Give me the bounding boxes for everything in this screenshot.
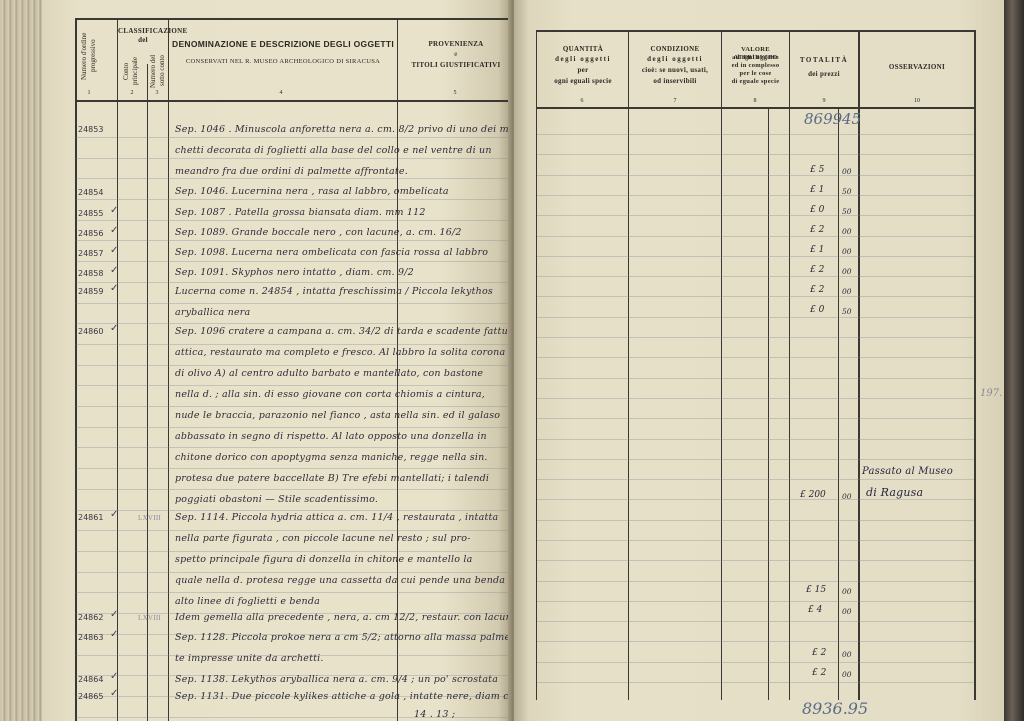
- header-col8-line3: ed in complesso: [722, 62, 789, 70]
- entry-text: Idem gemella alla precedente , nera, a. …: [175, 612, 518, 623]
- entry-number: 24858: [78, 269, 103, 278]
- entry-number: 24863: [78, 633, 103, 642]
- header-col4-subtitle: CONSERVATI NEL R. MUSEO ARCHEOLOGICO DI …: [172, 57, 394, 66]
- price-lire: £ 4: [808, 605, 822, 615]
- entry-text: Sep. 1046. Lucernina nera , rasa al labb…: [175, 186, 449, 197]
- entry-number: 24855: [78, 209, 103, 218]
- price-lire: £ 200: [800, 490, 826, 500]
- ruled-line: [537, 520, 974, 521]
- entry-text: abbassato in segno di rispetto. Al lato …: [175, 431, 487, 442]
- entry-number: 24856: [78, 229, 103, 238]
- entry-text: spetto principale figura di donzella in …: [175, 554, 472, 565]
- header-classificazione: CLASSIFICAZIONE del: [118, 27, 168, 45]
- price-cents: 00: [842, 267, 852, 276]
- checkmark-icon: ✓: [110, 609, 118, 620]
- entry-number: 24865: [78, 692, 103, 701]
- col-number-9: 9: [817, 98, 831, 104]
- header-col4-title: DENOMINAZIONE E DESCRIZIONE DEGLI OGGETT…: [172, 40, 394, 49]
- observation-line1: Passato al Museo: [862, 466, 953, 477]
- col-number-5: 5: [448, 90, 462, 96]
- header-col6-line1: QUANTITÀ: [538, 45, 628, 54]
- ruled-line: [76, 510, 516, 511]
- frame-right-line: [974, 30, 976, 700]
- price-cents: 00: [842, 247, 852, 256]
- ruled-line: [537, 662, 974, 663]
- entry-number: 24864: [78, 675, 103, 684]
- checkmark-icon: ✓: [110, 671, 118, 682]
- ruled-line: [76, 240, 516, 241]
- entry-text: nude le braccia, parazonio nel fianco , …: [175, 410, 500, 421]
- entry-text: Sep. 1087 . Patella grossa biansata diam…: [175, 207, 426, 218]
- checkmark-icon: ✓: [110, 245, 118, 256]
- header-bottom-line: [75, 100, 515, 102]
- ruled-line: [76, 592, 516, 593]
- price-cents: 00: [842, 287, 852, 296]
- checkmark-icon: ✓: [110, 225, 118, 236]
- price-lire: £ 1: [810, 185, 824, 195]
- book-cover-edge: [1004, 0, 1024, 721]
- header-col8-line4: per le cose: [722, 70, 789, 78]
- col-divider-3: [168, 20, 169, 721]
- header-col10: OSSERVAZIONI: [860, 63, 974, 72]
- ruled-line: [537, 215, 974, 216]
- ruled-line: [537, 398, 974, 399]
- col-number-7: 7: [668, 98, 682, 104]
- header-col6-line4: ogni eguali specie: [538, 77, 628, 86]
- ruled-line: [537, 479, 974, 480]
- col-number-8: 8: [748, 98, 762, 104]
- price-lire: £ 0: [810, 205, 824, 215]
- ruled-line: [537, 581, 974, 582]
- price-lire: £ 2: [810, 225, 824, 235]
- header-col8-line2: ad ogni oggetto: [722, 54, 789, 62]
- price-lire: £ 0: [810, 305, 824, 315]
- header-col9-line2: dei prezzi: [790, 70, 858, 79]
- checkmark-icon: ✓: [110, 265, 118, 276]
- header-bottom-line: [536, 107, 976, 109]
- col-divider-9a: [838, 108, 839, 700]
- price-lire: £ 15: [806, 585, 826, 595]
- ruled-line: [76, 447, 516, 448]
- col-number-4: 4: [274, 90, 288, 96]
- ruled-line: [537, 296, 974, 297]
- checkmark-icon: ✓: [110, 509, 118, 520]
- ruled-line: [537, 499, 974, 500]
- ruled-line: [537, 641, 974, 642]
- header-col7-line4: od inservibili: [630, 77, 720, 86]
- ruled-line: [76, 158, 516, 159]
- ruled-line: [76, 385, 516, 386]
- entry-text: Sep. 1096 cratere a campana a. cm. 34/2 …: [175, 326, 519, 337]
- ruled-line: [76, 365, 516, 366]
- col-divider-8: [789, 30, 790, 700]
- header-col8-line5: di eguale specie: [722, 78, 789, 86]
- entry-number: 24860: [78, 327, 103, 336]
- entry-number: 24853: [78, 125, 103, 134]
- header-col7-line2: degli oggetti: [630, 55, 720, 64]
- ledger-book: Numero d'ordine progressivo CLASSIFICAZI…: [0, 0, 1024, 721]
- entry-text: Sep. 1046 . Minuscola anforetta nera a. …: [175, 124, 528, 135]
- ruled-line: [537, 175, 974, 176]
- entry-text: attica, restaurato ma completo e fresco.…: [175, 347, 505, 358]
- entry-number: 24861: [78, 513, 103, 522]
- entry-text: Sep. 1128. Piccola prokoe nera a cm 5/2;…: [175, 632, 518, 643]
- price-cents: 00: [842, 227, 852, 236]
- entry-text: Sep. 1089. Grande boccale nero , con lac…: [175, 227, 462, 238]
- ruled-line: [537, 195, 974, 196]
- price-lire: £ 2: [812, 648, 826, 658]
- ruled-line: [537, 357, 974, 358]
- observation-line2: di Ragusa: [866, 486, 923, 499]
- ruled-line: [76, 220, 516, 221]
- ruled-line: [537, 317, 974, 318]
- price-cents: 00: [842, 650, 852, 659]
- price-cents: 00: [842, 670, 852, 679]
- entry-number: 24857: [78, 249, 103, 258]
- ruled-line: [537, 134, 974, 135]
- frame-left-line: [536, 30, 537, 700]
- header-col6-line2: degli oggetti: [538, 55, 628, 64]
- entry-text: nella parte figurata , con piccole lacun…: [175, 533, 471, 544]
- roman-numeral: LXVIII: [138, 514, 161, 522]
- ruled-line: [76, 323, 516, 324]
- price-cents: 50: [842, 207, 852, 216]
- entry-number: 24859: [78, 287, 103, 296]
- entry-text: aryballica nera: [175, 307, 250, 318]
- entry-number: 24862: [78, 613, 103, 622]
- checkmark-icon: ✓: [110, 629, 118, 640]
- header-col2: Conto principale: [122, 52, 144, 90]
- entry-text: chitone dorico con apoptygma senza manic…: [175, 452, 488, 463]
- ruled-line: [76, 199, 516, 200]
- col-divider-7: [721, 30, 722, 700]
- entry-text: te impresse unite da archetti.: [175, 653, 324, 664]
- ruled-line: [76, 178, 516, 179]
- ruled-line: [76, 468, 516, 469]
- entry-text: di olivo A) al centro adulto barbato e m…: [175, 368, 483, 379]
- entry-text: chetti decorata di foglietti alla base d…: [175, 145, 492, 156]
- price-cents: 50: [842, 187, 852, 196]
- entry-text: meandro fra due ordini di palmette affro…: [175, 166, 408, 177]
- entry-text: nella d. ; alla sin. di esso giovane con…: [175, 389, 485, 400]
- frame-left-line: [75, 18, 77, 721]
- checkmark-icon: ✓: [110, 205, 118, 216]
- header-col9-line1: TOTALITÀ: [790, 56, 858, 65]
- entry-text: protesa due patere baccellate B) Tre efe…: [175, 473, 489, 484]
- price-lire: £ 1: [810, 245, 824, 255]
- entry-text: Lucerna come n. 24854 , intatta freschis…: [175, 286, 493, 297]
- ruled-line: [537, 439, 974, 440]
- checkmark-icon: ✓: [110, 688, 118, 699]
- price-cents: 50: [842, 307, 852, 316]
- col-divider-8a: [768, 108, 769, 700]
- header-col7-line1: CONDIZIONE: [630, 45, 720, 54]
- price-lire: £ 2: [810, 265, 824, 275]
- ruled-line: [76, 344, 516, 345]
- price-cents: 00: [842, 607, 852, 616]
- col-number-3: 3: [150, 90, 164, 96]
- ruled-line: [537, 256, 974, 257]
- price-cents: 00: [842, 492, 852, 501]
- col-number-2: 2: [125, 90, 139, 96]
- ruled-line: [537, 154, 974, 155]
- ruled-line: [76, 303, 516, 304]
- entry-number: 24854: [78, 188, 103, 197]
- entry-text: Sep. 1131. Due piccole kylikes attiche a…: [175, 691, 518, 702]
- header-col1: Numero d'ordine progressivo: [80, 28, 112, 84]
- ruled-line: [76, 572, 516, 573]
- entry-text: Sep. 1114. Piccola hydria attica a. cm. …: [175, 512, 498, 523]
- header-col6-line3: per: [538, 66, 628, 75]
- ruled-line: [537, 601, 974, 602]
- ruled-line: [76, 406, 516, 407]
- ruled-line: [76, 489, 516, 490]
- col-number-10: 10: [910, 98, 924, 104]
- header-col5-line3: TITOLI GIUSTIFICATIVI: [400, 61, 512, 70]
- ruled-line: [537, 418, 974, 419]
- header-col5-line2: e: [400, 50, 512, 59]
- header-col3: Numero del sotto conto: [149, 52, 167, 90]
- page-total: 8936.95: [802, 699, 868, 718]
- frame-top-line: [75, 18, 515, 20]
- price-lire: £ 5: [810, 165, 824, 175]
- ruled-line: [76, 427, 516, 428]
- col-number-6: 6: [575, 98, 589, 104]
- frame-top-line: [536, 30, 976, 32]
- left-page: Numero d'ordine progressivo CLASSIFICAZI…: [42, 0, 512, 721]
- entry-text: quale nella d. protesa regge una cassett…: [175, 575, 525, 586]
- ruled-line: [537, 337, 974, 338]
- price-lire: £ 2: [810, 285, 824, 295]
- ruled-line: [537, 621, 974, 622]
- right-page: QUANTITÀ degli oggetti per ogni eguali s…: [514, 0, 1008, 721]
- checkmark-icon: ✓: [110, 323, 118, 334]
- ruled-line: [537, 682, 974, 683]
- entry-text: poggiati obastoni — Stile scadentissimo.: [175, 494, 378, 505]
- col-divider-9: [858, 30, 860, 700]
- ruled-line: [537, 540, 974, 541]
- margin-pencil-note: 197.: [980, 388, 1002, 399]
- col-divider-6: [628, 30, 629, 700]
- price-lire: £ 2: [812, 668, 826, 678]
- ruled-line: [76, 551, 516, 552]
- header-col5-line1: PROVENIENZA: [400, 40, 512, 49]
- ruled-line: [76, 282, 516, 283]
- price-cents: 00: [842, 587, 852, 596]
- price-cents: 00: [842, 167, 852, 176]
- carried-forward-lire: 8699: [804, 110, 842, 128]
- col-divider-2: [147, 64, 148, 721]
- roman-numeral: LXVIII: [138, 614, 161, 622]
- entry-text: Sep. 1098. Lucerna nera ombelicata con f…: [175, 247, 488, 258]
- ruled-line: [537, 459, 974, 460]
- ruled-line: [76, 261, 516, 262]
- header-col7-line3: cioè: se nuovi, usati,: [630, 66, 720, 75]
- ruled-line: [76, 137, 516, 138]
- ruled-line: [537, 560, 974, 561]
- entry-text: Sep. 1138. Lekythos aryballica nera a. c…: [175, 674, 498, 685]
- entry-text: Sep. 1091. Skyphos nero intatto , diam. …: [175, 267, 414, 278]
- carried-forward-cents: 45: [842, 110, 861, 128]
- ruled-line: [537, 276, 974, 277]
- entry-text: 14 . 13 ;: [414, 709, 455, 720]
- col-number-1: 1: [82, 90, 96, 96]
- ruled-line: [537, 236, 974, 237]
- entry-text: alto linee di foglietti e benda: [175, 596, 320, 607]
- ruled-line: [76, 530, 516, 531]
- ruled-line: [537, 378, 974, 379]
- page-edges: [0, 0, 46, 721]
- checkmark-icon: ✓: [110, 283, 118, 294]
